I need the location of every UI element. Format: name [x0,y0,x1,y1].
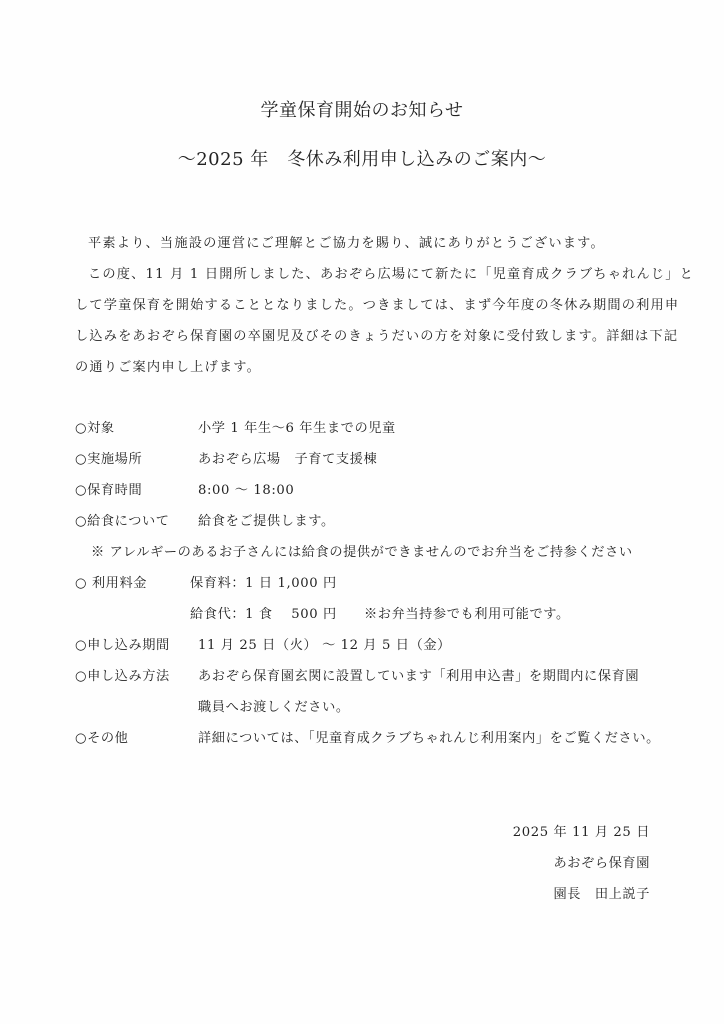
item-value-period: 11 月 25 日（火） 〜 12 月 5 日（金） [198,634,451,653]
item-value-hours: 8:00 〜 18:00 [198,479,294,498]
lunch-fee-note: ※お弁当持参でも利用可能です。 [364,603,570,622]
item-label-lunch: ○給食について [75,510,170,529]
organization-name: あおぞら保育園 [553,852,650,871]
item-value-method: あおぞら保育園玄関に設置しています「利用申込書」を期間内に保育園 [198,665,639,684]
document-subtitle: 〜2025 年 冬休み利用申し込みのご案内〜 [0,145,724,171]
intro-line: して学童保育を開始することとなりました。つきましては、まず今年度の冬休み期間の利… [75,294,679,313]
signer-name: 園長 田上説子 [553,883,650,902]
intro-line: し込みをあおぞら保育園の卒園児及びそのきょうだいの方を対象に受付致します。詳細は… [75,325,678,344]
item-value-location: あおぞら広場 子育て支援棟 [198,448,377,467]
item-value-childcare-fee: 保育料：1 日 1,000 円 [190,572,337,591]
document-page: 学童保育開始のお知らせ 〜2025 年 冬休み利用申し込みのご案内〜 平素より、… [0,0,724,1024]
item-value-other: 詳細については、「児童育成クラブちゃれんじ利用案内」をご覧ください。 [198,727,660,746]
issue-date: 2025 年 11 月 25 日 [513,821,650,840]
document-title: 学童保育開始のお知らせ [0,96,724,122]
item-label-location: ○実施場所 [75,448,142,467]
item-label-target: ○対象 [75,417,115,436]
item-value-method-cont: 職員へお渡しください。 [198,696,350,715]
item-label-fees: ○ 利用料金 [75,572,147,591]
intro-line: この度、11 月 1 日開所しました、あおぞら広場にて新たに「児童育成クラブちゃ… [88,263,694,282]
item-label-method: ○申し込み方法 [75,665,170,684]
item-value-lunch-fee: 給食代：1 食 500 円 [190,603,337,622]
item-value-lunch: 給食をご提供します。 [198,510,335,529]
allergy-note: ※ アレルギーのあるお子さんには給食の提供ができませんのでお弁当をご持参ください [91,541,633,560]
item-label-hours: ○保育時間 [75,479,142,498]
item-label-period: ○申し込み期間 [75,634,170,653]
item-label-other: ○その他 [75,727,128,746]
item-value-target: 小学 1 年生〜6 年生までの児童 [198,417,396,436]
intro-line: 平素より、当施設の運営にご理解とご協力を賜り、誠にありがとうございます。 [88,232,605,251]
intro-line: の通りご案内申し上げます。 [75,356,261,375]
